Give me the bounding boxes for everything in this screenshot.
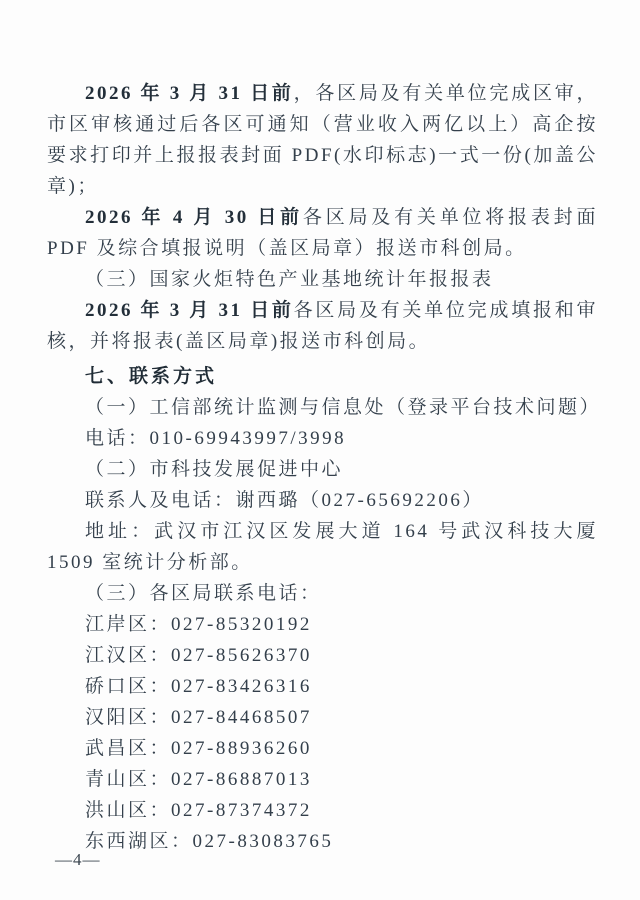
district-phone-row: 汉阳区：027-84468507 — [47, 702, 598, 733]
district-name: 硚口区 — [85, 676, 150, 697]
district-name: 汉阳区 — [85, 707, 150, 728]
district-phone: 027-86887013 — [171, 769, 312, 790]
contact-line-miit-phone: 电话：010-69943997/3998 — [47, 423, 598, 454]
district-separator: ： — [150, 769, 172, 790]
district-separator: ： — [150, 707, 172, 728]
district-separator: ： — [150, 738, 172, 759]
district-phone: 027-84468507 — [171, 707, 312, 728]
district-phone-row: 青山区：027-86887013 — [47, 764, 598, 795]
page-number: —4— — [55, 850, 101, 869]
district-phone-row: 东西湖区：027-83083765 — [47, 826, 598, 857]
district-separator: ： — [171, 831, 193, 852]
district-phone: 027-83083765 — [193, 831, 334, 852]
paragraph-deadline-district-review: 2026 年 3 月 31 日前，各区局及有关单位完成区审，市区审核通过后各区可… — [47, 78, 598, 202]
contact-line-miit-division: （一）工信部统计监测与信息处（登录平台技术问题） — [47, 392, 598, 423]
district-name: 青山区 — [85, 769, 150, 790]
district-name: 江岸区 — [85, 614, 150, 635]
district-phone: 027-88936260 — [171, 738, 312, 759]
district-separator: ： — [150, 645, 172, 666]
district-separator: ： — [150, 800, 172, 821]
deadline-date-bold: 2026 年 4 月 30 日前 — [85, 207, 303, 228]
district-phone-row: 洪山区：027-87374372 — [47, 795, 598, 826]
district-phone-row: 武昌区：027-88936260 — [47, 733, 598, 764]
district-phone: 027-87374372 — [171, 800, 312, 821]
contact-line-address: 地址：武汉市江汉区发展大道 164 号武汉科技大厦 1509 室统计分析部。 — [47, 516, 598, 578]
contact-line-promotion-center: （二）市科技发展促进中心 — [47, 454, 598, 485]
deadline-date-bold: 2026 年 3 月 31 日前 — [85, 300, 294, 321]
district-phone-row: 硚口区：027-83426316 — [47, 671, 598, 702]
district-phone-row: 江岸区：027-85320192 — [47, 609, 598, 640]
district-separator: ： — [150, 614, 172, 635]
section-heading-contact-info: 七、联系方式 — [47, 361, 598, 392]
district-name: 洪山区 — [85, 800, 150, 821]
deadline-date-bold: 2026 年 3 月 31 日前 — [85, 83, 294, 104]
district-phone: 027-85626370 — [171, 645, 312, 666]
contact-line-district-phones-heading: （三）各区局联系电话： — [47, 578, 598, 609]
district-name: 东西湖区 — [85, 831, 171, 852]
district-phone: 027-85320192 — [171, 614, 312, 635]
district-phone-row: 江汉区：027-85626370 — [47, 640, 598, 671]
district-separator: ： — [150, 676, 172, 697]
scanned-document-page: 2026 年 3 月 31 日前，各区局及有关单位完成区审，市区审核通过后各区可… — [0, 0, 640, 900]
paragraph-text: （三）国家火炬特色产业基地统计年报报表 — [85, 269, 494, 290]
paragraph-torch-base-report: （三）国家火炬特色产业基地统计年报报表 — [47, 264, 598, 295]
paragraph-deadline-torch-report: 2026 年 3 月 31 日前各区局及有关单位完成填报和审核，并将报表(盖区局… — [47, 295, 598, 357]
district-name: 武昌区 — [85, 738, 150, 759]
page-footer: —4— — [55, 850, 101, 870]
contact-line-contact-person-phone: 联系人及电话：谢西璐（027-65692206） — [47, 485, 598, 516]
paragraph-deadline-pdf-submission: 2026 年 4 月 30 日前各区局及有关单位将报表封面 PDF 及综合填报说… — [47, 202, 598, 264]
document-body: 2026 年 3 月 31 日前，各区局及有关单位完成区审，市区审核通过后各区可… — [47, 78, 598, 857]
district-phone: 027-83426316 — [171, 676, 312, 697]
district-name: 江汉区 — [85, 645, 150, 666]
